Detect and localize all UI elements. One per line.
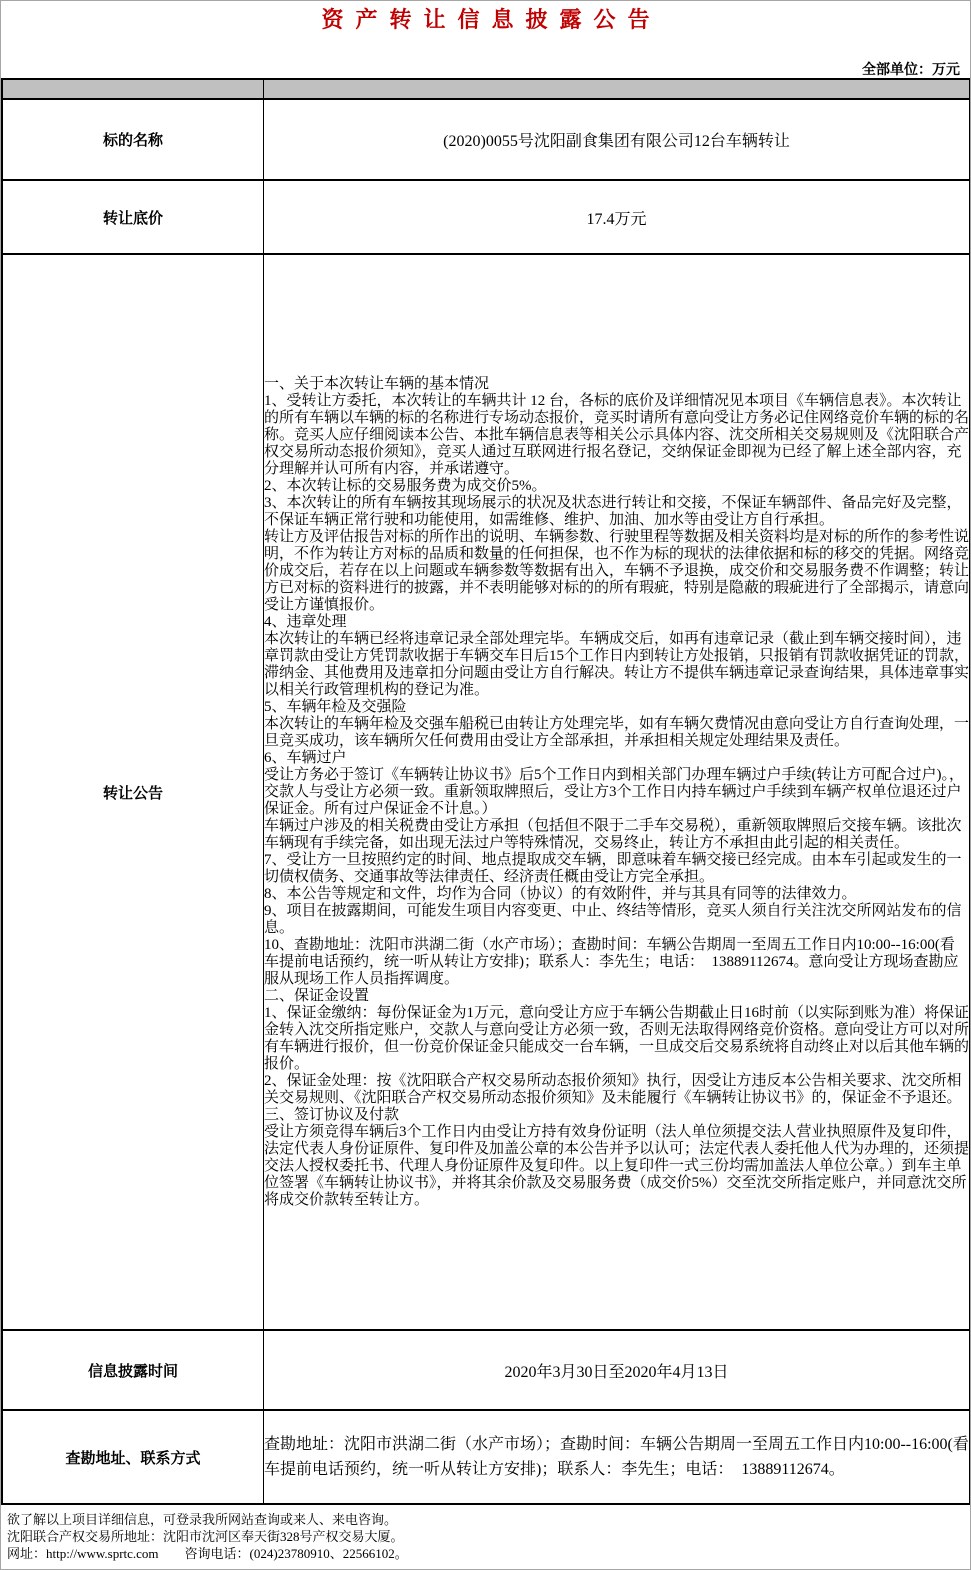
- page-title: 资产转让信息披露公告: [1, 3, 970, 34]
- announcement-page: 资产转让信息披露公告 全部单位：万元 标的名称 (2020)0055号沈阳副食集…: [0, 0, 971, 1570]
- table-row-base-price: 转让底价 17.4万元: [2, 180, 970, 254]
- header-band-value-cell: [264, 79, 971, 99]
- contact-info-value: 查勘地址：沈阳市洪湖二街（水产市场）；查勘时间：车辆公告期周一至周五工作日内10…: [264, 1410, 971, 1504]
- transfer-notice-body: 一、关于本次转让车辆的基本情况1、受转让方委托，本次转让的车辆共计 12 台，各…: [264, 254, 971, 1330]
- disclosure-period-value: 2020年3月30日至2020年4月13日: [264, 1330, 971, 1410]
- announcement-paragraph: 4、违章处理: [264, 614, 969, 631]
- announcement-paragraph: 2、保证金处理：按《沈阳联合产权交易所动态报价须知》执行，因受让方违反本公告相关…: [264, 1073, 969, 1107]
- subject-name-label: 标的名称: [2, 99, 264, 180]
- disclosure-period-label: 信息披露时间: [2, 1330, 264, 1410]
- unit-note: 全部单位：万元: [862, 59, 960, 79]
- announcement-paragraph: 3、本次转让的所有车辆按其现场展示的状况及状态进行转让和交接，不保证车辆部件、备…: [264, 495, 969, 529]
- announcement-paragraph: 转让方及评估报告对标的所作出的说明、车辆参数、行驶里程等数据及相关资料均是对标的…: [264, 529, 969, 614]
- announcement-paragraph: 二、保证金设置: [264, 988, 969, 1005]
- contact-info-label: 查勘地址、联系方式: [2, 1410, 264, 1504]
- announcement-paragraph: 受让方务必于签订《车辆转让协议书》后5个工作日内到相关部门办理车辆过户手续(转让…: [264, 767, 969, 818]
- header-band-label-cell: [2, 79, 264, 99]
- table-row-contact-info: 查勘地址、联系方式 查勘地址：沈阳市洪湖二街（水产市场）；查勘时间：车辆公告期周…: [2, 1410, 970, 1504]
- announcement-paragraph: 受让方须竞得车辆后3个工作日内由受让方持有效身份证明（法人单位须提交法人营业执照…: [264, 1124, 969, 1209]
- announcement-paragraph: 1、受转让方委托，本次转让的车辆共计 12 台，各标的底价及详细情况见本项目《车…: [264, 393, 969, 478]
- announcement-paragraph: 车辆过户涉及的相关税费由受让方承担（包括但不限于二手车交易税），重新领取牌照后交…: [264, 818, 969, 852]
- transfer-notice-label: 转让公告: [2, 254, 264, 1330]
- table-row-transfer-notice: 转让公告 一、关于本次转让车辆的基本情况1、受转让方委托，本次转让的车辆共计 1…: [2, 254, 970, 1330]
- footer-address-line: 沈阳联合产权交易所地址：沈阳市沈河区奉天街328号产权交易大厦。: [7, 1528, 964, 1545]
- announcement-paragraph: 本次转让的车辆已经将违章记录全部处理完毕。车辆成交后，如再有违章记录（截止到车辆…: [264, 631, 969, 699]
- announcement-paragraph: 5、车辆年检及交强险: [264, 699, 969, 716]
- announcement-paragraph: 三、签订协议及付款: [264, 1107, 969, 1124]
- announcement-paragraph: 本次转让的车辆年检及交强车船税已由转让方处理完毕，如有车辆欠费情况由意向受让方自…: [264, 716, 969, 750]
- announcement-paragraph: 9、项目在披露期间，可能发生项目内容变更、中止、终结等情形，竞买人须自行关注沈交…: [264, 903, 969, 937]
- announcement-paragraph: 10、查勘地址：沈阳市洪湖二街（水产市场）；查勘时间：车辆公告期周一至周五工作日…: [264, 937, 969, 988]
- footer-info-line: 欲了解以上项目详细信息，可登录我所网站查询或来人、来电咨询。: [7, 1511, 964, 1528]
- table-row-subject-name: 标的名称 (2020)0055号沈阳副食集团有限公司12台车辆转让: [2, 99, 970, 180]
- announcement-paragraph: 一、关于本次转让车辆的基本情况: [264, 376, 969, 393]
- announcement-paragraph: 7、受让方一旦按照约定的时间、地点提取成交车辆，即意味着车辆交接已经完成。由本车…: [264, 852, 969, 886]
- footer-website-phone-line: 网址：http://www.sprtc.com 咨询电话：(024)237809…: [7, 1545, 964, 1562]
- table-header-band: [2, 79, 970, 99]
- table-row-disclosure-period: 信息披露时间 2020年3月30日至2020年4月13日: [2, 1330, 970, 1410]
- base-price-label: 转让底价: [2, 180, 264, 254]
- announcement-paragraph: 1、保证金缴纳：每份保证金为1万元，意向受让方应于车辆公告期截止日16时前（以实…: [264, 1005, 969, 1073]
- subject-name-value: (2020)0055号沈阳副食集团有限公司12台车辆转让: [264, 99, 971, 180]
- page-footer: 欲了解以上项目详细信息，可登录我所网站查询或来人、来电咨询。 沈阳联合产权交易所…: [7, 1511, 964, 1562]
- base-price-value: 17.4万元: [264, 180, 971, 254]
- announcement-paragraph: 8、本公告等规定和文件，均作为合同（协议）的有效附件，并与其具有同等的法律效力。: [264, 886, 969, 903]
- announcement-paragraph: 2、本次转让标的交易服务费为成交价5%。: [264, 478, 969, 495]
- announcement-paragraph: 6、车辆过户: [264, 750, 969, 767]
- announcement-table: 标的名称 (2020)0055号沈阳副食集团有限公司12台车辆转让 转让底价 1…: [1, 78, 971, 1505]
